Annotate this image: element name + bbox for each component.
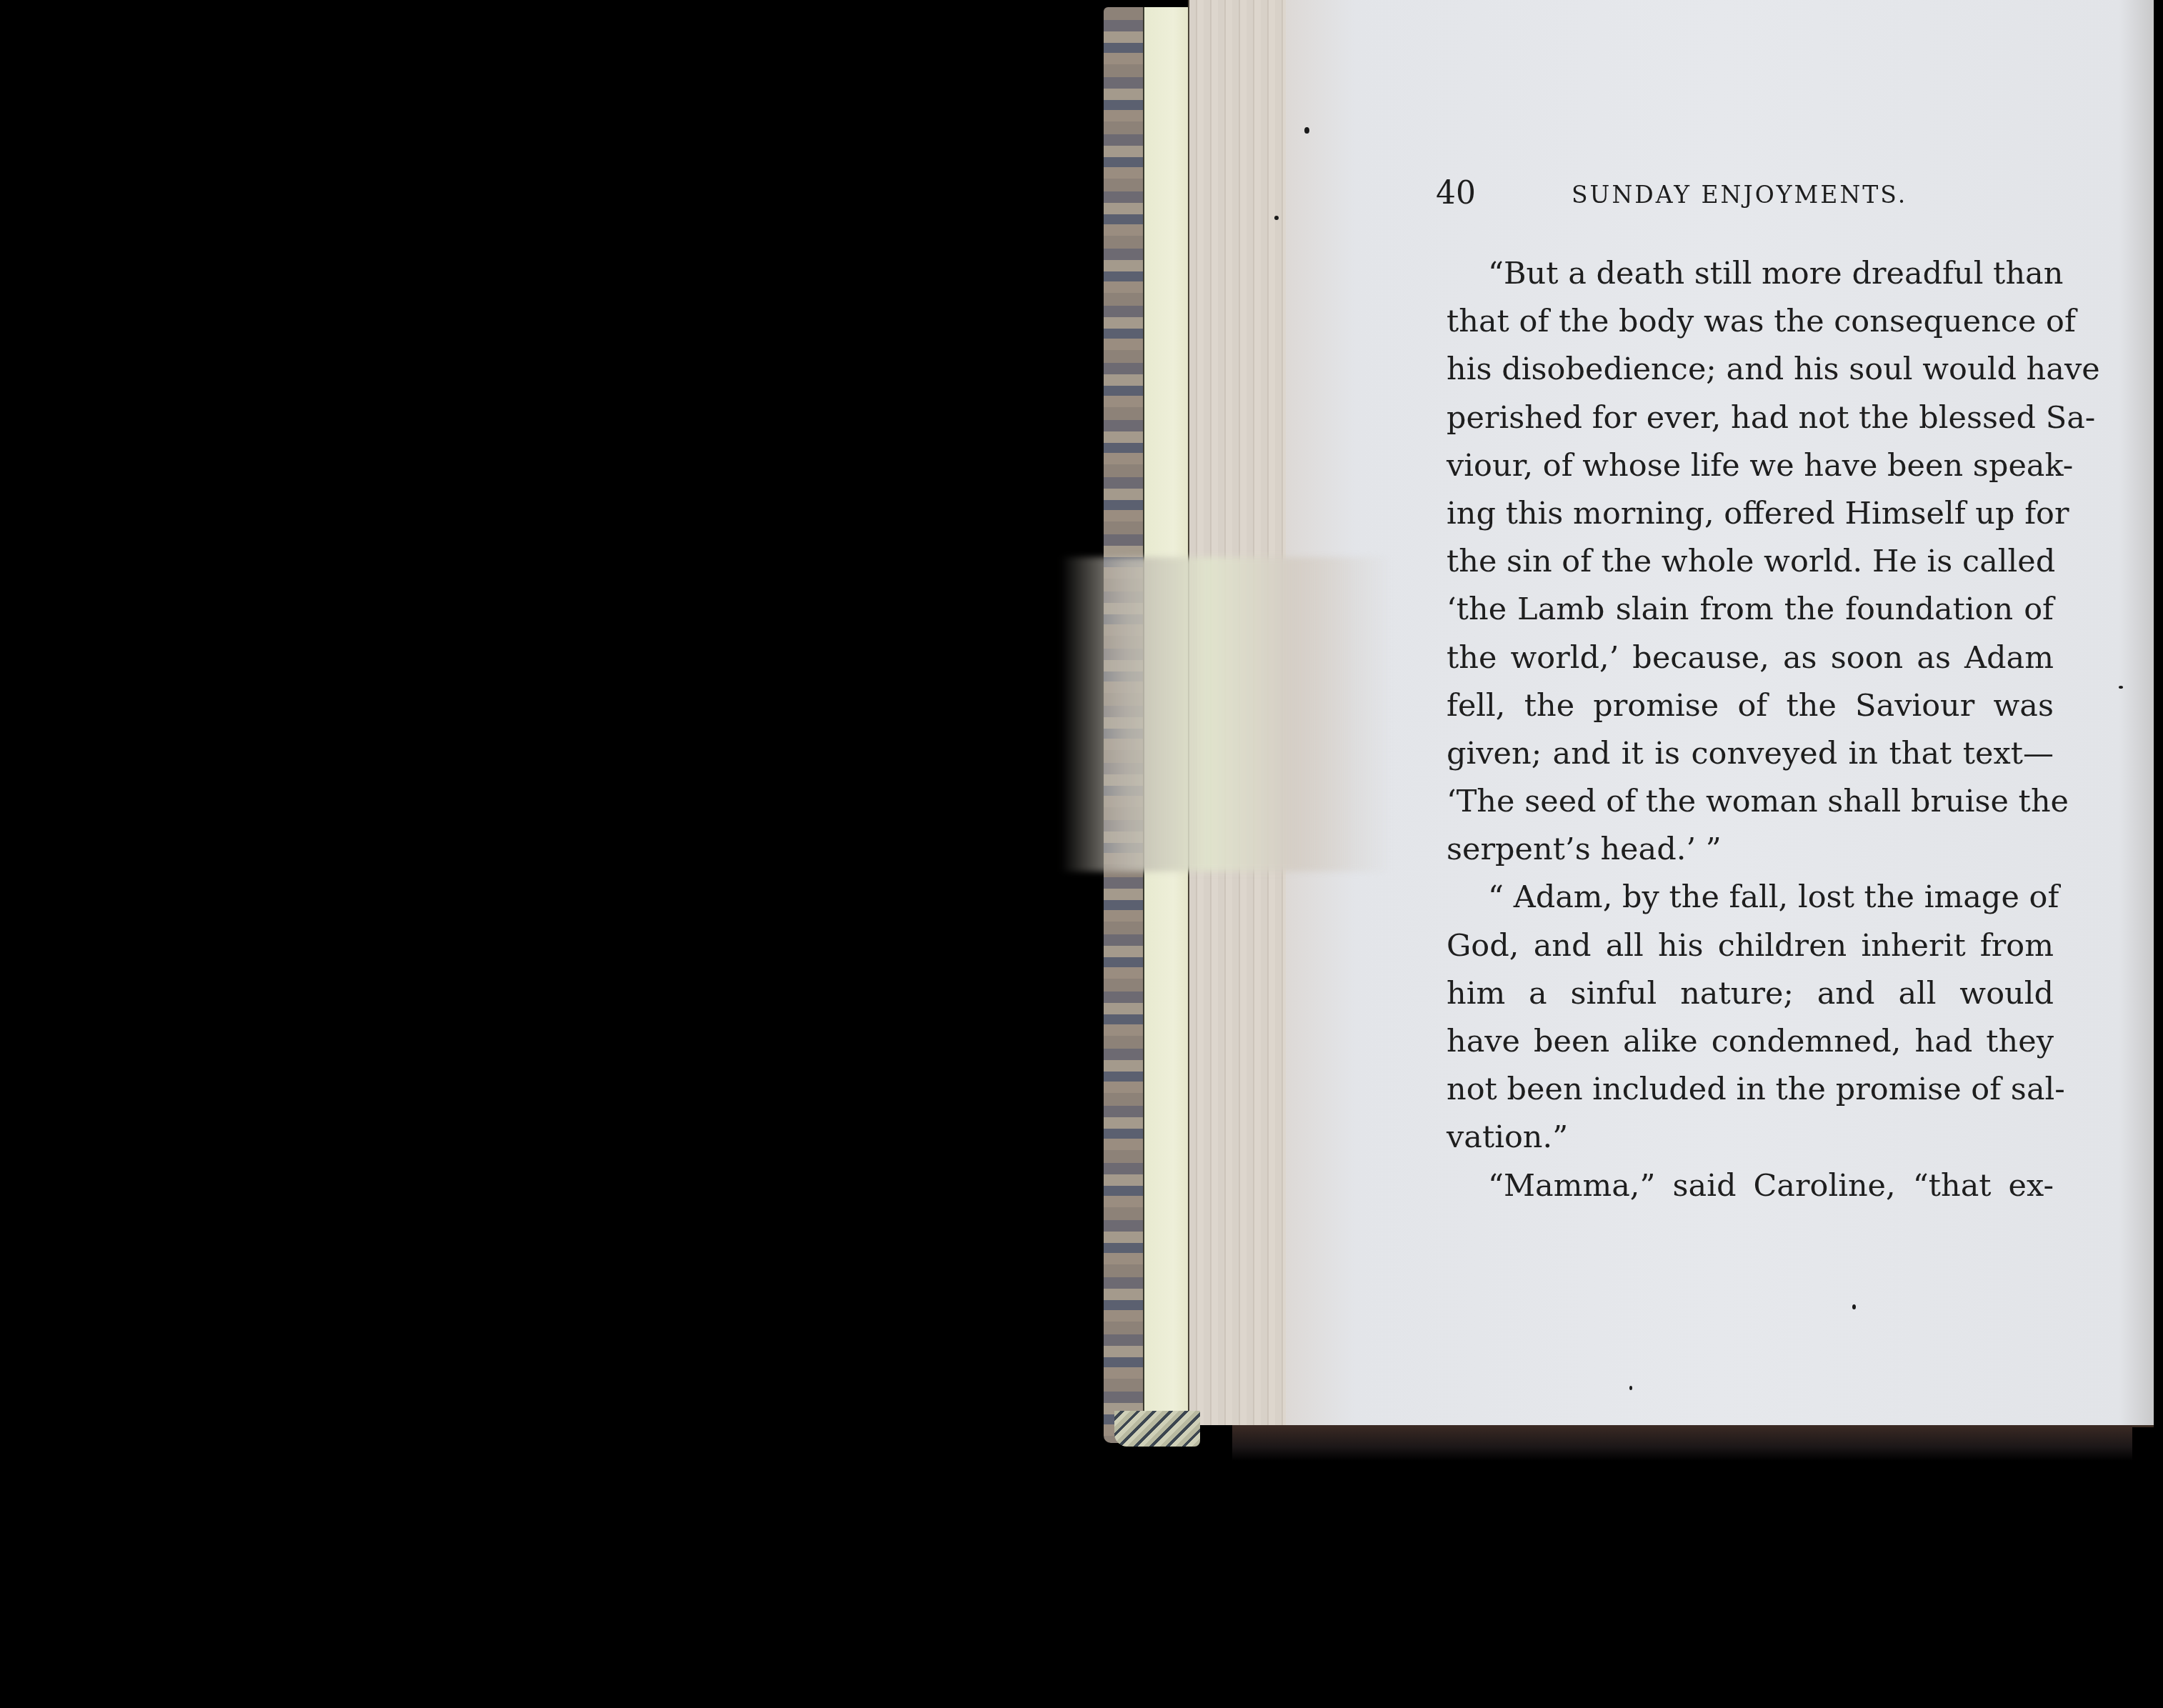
text-line: fell, the promise of the Saviour was xyxy=(1447,682,2054,730)
text-line: his disobedience; and his soul would hav… xyxy=(1447,346,2054,394)
text-line: ‘The seed of the woman shall bruise the xyxy=(1447,778,2054,826)
text-line: not been included in the promise of sal- xyxy=(1447,1066,2054,1114)
body-text: “But a death still more dreadful than th… xyxy=(1447,250,2054,1210)
paper-speck xyxy=(2119,686,2123,689)
text-line: the sin of the whole world. He is called xyxy=(1447,538,2054,586)
text-line: serpent’s head.’ ” xyxy=(1447,826,2054,874)
marbled-corner xyxy=(1114,1411,1200,1447)
text-line: perished for ever, had not the blessed S… xyxy=(1447,394,2054,442)
text-line: the world,’ because, as soon as Adam xyxy=(1447,634,2054,682)
paper-speck xyxy=(1274,216,1279,220)
text-line: viour, of whose life we have been speak- xyxy=(1447,442,2054,490)
text-line: that of the body was the consequence of xyxy=(1447,298,2054,346)
paper-speck xyxy=(1852,1304,1856,1309)
motion-blur-region xyxy=(1061,557,1389,872)
text-line: “ Adam, by the fall, lost the image of xyxy=(1447,874,2054,922)
paper-speck xyxy=(1629,1386,1632,1390)
text-line: him a sinful nature; and all would xyxy=(1447,970,2054,1018)
text-line: “But a death still more dreadful than xyxy=(1447,250,2054,298)
book-bottom-edge xyxy=(1232,1425,2132,1461)
text-line: ‘the Lamb slain from the foundation of xyxy=(1447,586,2054,634)
page-number: 40 xyxy=(1436,175,1476,211)
page-header: 40 SUNDAY ENJOYMENTS. xyxy=(1436,175,2079,218)
paper-speck xyxy=(1304,127,1309,134)
text-line: given; and it is conveyed in that text— xyxy=(1447,730,2054,778)
text-line: God, and all his children inherit from xyxy=(1447,922,2054,970)
text-line: ing this morning, offered Himself up for xyxy=(1447,490,2054,538)
text-line: have been alike condemned, had they xyxy=(1447,1018,2054,1066)
text-line: vation.” xyxy=(1447,1114,2054,1162)
running-title: SUNDAY ENJOYMENTS. xyxy=(1572,181,1907,209)
text-line: “Mamma,” said Caroline, “that ex- xyxy=(1447,1162,2054,1210)
